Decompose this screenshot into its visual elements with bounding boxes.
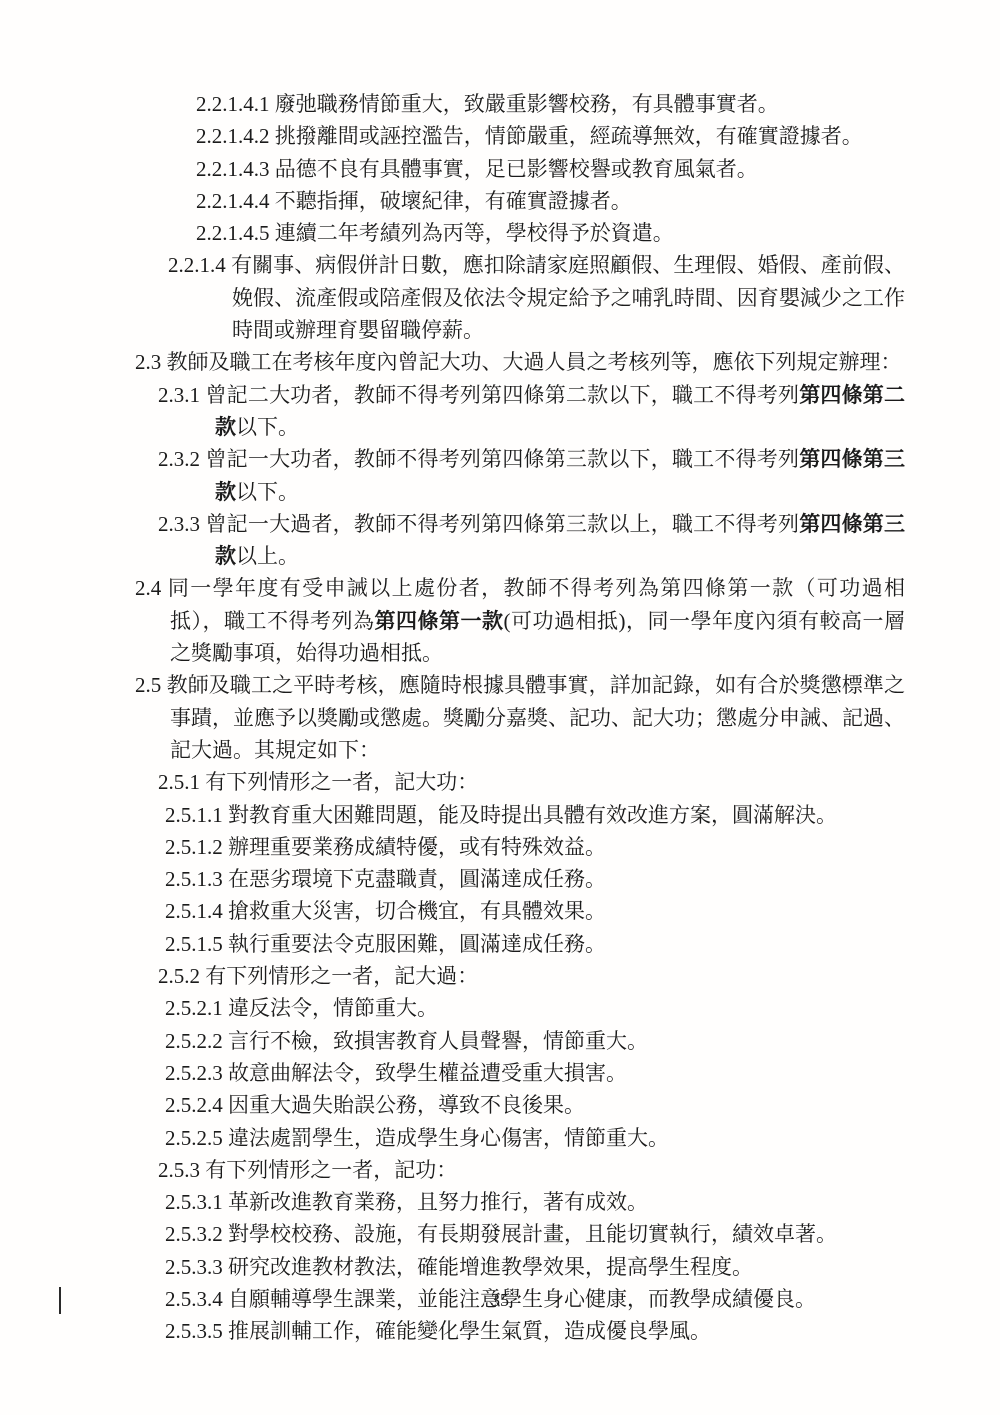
para-2-5-1: 2.5.1 有下列情形之一者，記大功： xyxy=(0,766,905,798)
para-2-3-2: 2.3.2 曾記一大功者，教師不得考列第四條第三款以下，職工不得考列第四條第三款… xyxy=(0,443,905,508)
text-run: 2.2.1.4 有關事、病假併計日數，應扣除請家庭照顧假、生理假、婚假、產前假、… xyxy=(168,253,905,342)
text-run: 2.5.2.5 違法處罰學生，造成學生身心傷害，情節重大。 xyxy=(165,1126,669,1150)
para-2-3-1: 2.3.1 曾記二大功者，教師不得考列第四條第二款以下，職工不得考列第四條第二款… xyxy=(0,379,905,444)
text-run: 2.5.3.1 革新改進教育業務，且努力推行，著有成效。 xyxy=(165,1190,648,1214)
text-run: 2.5.1.5 執行重要法令克服困難，圓滿達成任務。 xyxy=(165,932,606,956)
text-run: 以上。 xyxy=(236,544,299,568)
para-2-5-2-3: 2.5.2.3 故意曲解法令，致學生權益遭受重大損害。 xyxy=(0,1057,905,1089)
para-2-5-1-2: 2.5.1.2 辦理重要業務成績特優，或有特殊效益。 xyxy=(0,831,905,863)
text-run: 2.3.2 曾記一大功者，教師不得考列第四條第三款以下，職工不得考列 xyxy=(158,447,799,471)
text-run: 2.2.1.4.1 廢弛職務情節重大，致嚴重影響校務，有具體事實者。 xyxy=(196,92,779,116)
text-run: 2.5.1 有下列情形之一者，記大功： xyxy=(158,770,478,794)
para-2-5-1-3: 2.5.1.3 在惡劣環境下克盡職責，圓滿達成任務。 xyxy=(0,863,905,895)
text-run: 2.5.1.3 在惡劣環境下克盡職責，圓滿達成任務。 xyxy=(165,867,606,891)
para-2-3-3: 2.3.3 曾記一大過者，教師不得考列第四條第三款以上，職工不得考列第四條第三款… xyxy=(0,508,905,573)
text-run: 2.5.2.2 言行不檢，致損害教育人員聲譽，情節重大。 xyxy=(165,1029,648,1053)
para-2-5-2-2: 2.5.2.2 言行不檢，致損害教育人員聲譽，情節重大。 xyxy=(0,1025,905,1057)
para-2-3: 2.3 教師及職工在考核年度內曾記大功、大過人員之考核列等，應依下列規定辦理： xyxy=(0,346,905,378)
text-run: 2.5.2.3 故意曲解法令，致學生權益遭受重大損害。 xyxy=(165,1061,627,1085)
text-run: 2.5.3.2 對學校校務、設施，有長期發展計畫，且能切實執行，績效卓著。 xyxy=(165,1222,837,1246)
text-run: 2.5.3.3 研究改進教材教法，確能增進教學效果，提高學生程度。 xyxy=(165,1255,753,1279)
text-run: 2.5.1.1 對教育重大困難問題，能及時提出具體有效改進方案，圓滿解決。 xyxy=(165,803,837,827)
text-run: 2.3.3 曾記一大過者，教師不得考列第四條第三款以上，職工不得考列 xyxy=(158,512,799,536)
text-run: 2.3.1 曾記二大功者，教師不得考列第四條第二款以下，職工不得考列 xyxy=(158,383,799,407)
page-number: 35 xyxy=(0,1288,1000,1312)
para-2-5-3-5: 2.5.3.5 推展訓輔工作，確能變化學生氣質，造成優良學風。 xyxy=(0,1315,905,1347)
text-run: 2.2.1.4.3 品德不良有具體事實，足已影響校譽或教育風氣者。 xyxy=(196,157,758,181)
para-2-2-1-4: 2.2.1.4 有關事、病假併計日數，應扣除請家庭照顧假、生理假、婚假、產前假、… xyxy=(0,249,905,346)
text-run: 2.2.1.4.5 連續二年考績列為丙等，學校得予於資遣。 xyxy=(196,221,674,245)
para-2-2-1-4-3: 2.2.1.4.3 品德不良有具體事實，足已影響校譽或教育風氣者。 xyxy=(0,153,905,185)
para-2-2-1-4-1: 2.2.1.4.1 廢弛職務情節重大，致嚴重影響校務，有具體事實者。 xyxy=(0,88,905,120)
bold-text-run: 第四條第一款 xyxy=(375,609,504,633)
para-2-5-1-1: 2.5.1.1 對教育重大困難問題，能及時提出具體有效改進方案，圓滿解決。 xyxy=(0,799,905,831)
para-2-2-1-4-4: 2.2.1.4.4 不聽指揮，破壞紀律，有確實證據者。 xyxy=(0,185,905,217)
text-run: 2.5.3 有下列情形之一者，記功： xyxy=(158,1158,457,1182)
text-run: 2.5.2 有下列情形之一者，記大過： xyxy=(158,964,478,988)
para-2-5-2-5: 2.5.2.5 違法處罰學生，造成學生身心傷害，情節重大。 xyxy=(0,1122,905,1154)
para-2-5-1-4: 2.5.1.4 搶救重大災害，切合機宜，有具體效果。 xyxy=(0,895,905,927)
text-run: 2.5.3.5 推展訓輔工作，確能變化學生氣質，造成優良學風。 xyxy=(165,1319,711,1343)
para-2-5-1-5: 2.5.1.5 執行重要法令克服困難，圓滿達成任務。 xyxy=(0,928,905,960)
para-2-2-1-4-5: 2.2.1.4.5 連續二年考績列為丙等，學校得予於資遣。 xyxy=(0,217,905,249)
document-page: 2.2.1.4.1 廢弛職務情節重大，致嚴重影響校務，有具體事實者。2.2.1.… xyxy=(0,0,1000,1415)
para-2-5-2: 2.5.2 有下列情形之一者，記大過： xyxy=(0,960,905,992)
text-run: 2.5 教師及職工之平時考核，應隨時根據具體事實，詳加記錄，如有合於獎懲標準之事… xyxy=(135,673,905,762)
para-2-5-3-3: 2.5.3.3 研究改進教材教法，確能增進教學效果，提高學生程度。 xyxy=(0,1251,905,1283)
text-run: 以下。 xyxy=(236,415,299,439)
text-run: 2.5.1.4 搶救重大災害，切合機宜，有具體效果。 xyxy=(165,899,606,923)
text-run: 2.3 教師及職工在考核年度內曾記大功、大過人員之考核列等，應依下列規定辦理： xyxy=(135,350,902,374)
text-run: 2.5.2.4 因重大過失貽誤公務，導致不良後果。 xyxy=(165,1093,585,1117)
text-run: 2.2.1.4.4 不聽指揮，破壞紀律，有確實證據者。 xyxy=(196,189,632,213)
para-2-4: 2.4 同一學年度有受申誡以上處份者，教師不得考列為第四條第一款（可功過相抵），… xyxy=(0,572,905,669)
para-2-5-3: 2.5.3 有下列情形之一者，記功： xyxy=(0,1154,905,1186)
para-2-5-3-1: 2.5.3.1 革新改進教育業務，且努力推行，著有成效。 xyxy=(0,1186,905,1218)
text-run: 2.5.2.1 違反法令，情節重大。 xyxy=(165,996,438,1020)
para-2-5-3-2: 2.5.3.2 對學校校務、設施，有長期發展計畫，且能切實執行，績效卓著。 xyxy=(0,1218,905,1250)
document-body: 2.2.1.4.1 廢弛職務情節重大，致嚴重影響校務，有具體事實者。2.2.1.… xyxy=(0,88,905,1348)
text-run: 以下。 xyxy=(236,480,299,504)
para-2-5-2-4: 2.5.2.4 因重大過失貽誤公務，導致不良後果。 xyxy=(0,1089,905,1121)
text-run: 2.2.1.4.2 挑撥離間或誣控濫告，情節嚴重，經疏導無效，有確實證據者。 xyxy=(196,124,863,148)
para-2-5: 2.5 教師及職工之平時考核，應隨時根據具體事實，詳加記錄，如有合於獎懲標準之事… xyxy=(0,669,905,766)
para-2-5-2-1: 2.5.2.1 違反法令，情節重大。 xyxy=(0,992,905,1024)
para-2-2-1-4-2: 2.2.1.4.2 挑撥離間或誣控濫告，情節嚴重，經疏導無效，有確實證據者。 xyxy=(0,120,905,152)
text-run: 2.5.1.2 辦理重要業務成績特優，或有特殊效益。 xyxy=(165,835,606,859)
